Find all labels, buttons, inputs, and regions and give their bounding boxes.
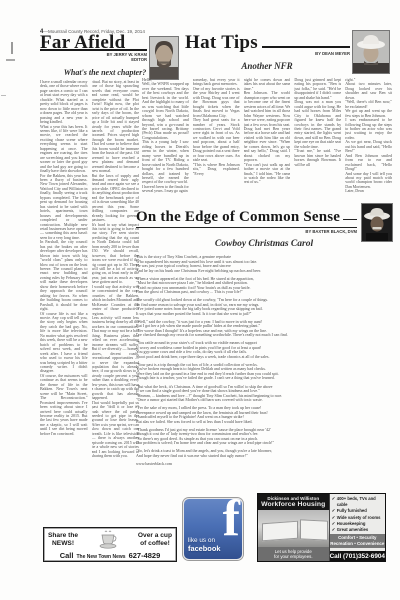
- hat-tips-byline: BY DEAN MEYER: [250, 51, 350, 56]
- workforce-housing-ad: Dickinson and Williston Workforce Housin…: [257, 493, 386, 562]
- article-column: right." About two minutes later, Doug lo…: [345, 78, 392, 207]
- newspaper-page: 4—Mountrail County Record, Friday, Dec. …: [0, 0, 400, 600]
- poem-stanza: The scruffy old ghost looked down at the…: [136, 298, 392, 316]
- ad-text: Over a cup: [138, 532, 172, 540]
- ad-name-text: Workforce Housing: [259, 501, 328, 508]
- share-the-news-text: Share the NEWS!: [48, 532, 78, 547]
- coffee-cup-icon: [97, 530, 119, 550]
- far-afield-byline: BY JERRY W. KRAM EDITOR: [55, 53, 147, 63]
- poem-stanza: "But what the heck, it's Christmas. A ti…: [136, 385, 392, 403]
- poem-stanza: "Your past is a trip through the cat box…: [136, 363, 392, 381]
- housing-phone: Call (701)352-6904: [330, 551, 385, 562]
- check-icon: ✓: [332, 496, 336, 508]
- housing-caption: Let us help provide for your employees.: [258, 547, 329, 561]
- cowboy-christmas-carol-poem: This is the story of Tiny Slim Crachett,…: [136, 255, 392, 483]
- coffee-ad-top: Share the NEWS! Over a cup of coffee!: [44, 528, 176, 550]
- baxter-black-photo: [361, 203, 393, 242]
- hat-tips-headline: Hat Tips: [185, 33, 258, 52]
- banner-rule: [343, 219, 357, 221]
- housing-ad-right: ✓400+ beds, TVs and cable ✓Fully furnish…: [329, 494, 385, 561]
- housing-ad-title: Dickinson and Williston Workforce Housin…: [258, 494, 329, 510]
- far-afield-article: I have a small calendar on my desk, one …: [40, 80, 139, 523]
- common-sense-byline: BY BAXTER BLACK, DVM: [236, 229, 357, 234]
- poem-stanza: "Fer the sake of my mom, I rallied the p…: [136, 406, 392, 424]
- feature-item: ✓400+ beds, TVs and cable: [332, 496, 383, 508]
- baxter-black-website: www.baxterblack.com: [136, 462, 392, 467]
- poem-stanza: "Well," said the cowboy, "it was just fo…: [136, 320, 392, 338]
- article-column: Doug just grinned and kept eating his po…: [294, 78, 341, 207]
- housing-ad-left: Dickinson and Williston Workforce Housin…: [258, 494, 329, 561]
- byline-role: EDITOR: [55, 58, 147, 63]
- facebook-ad: f like us on facebook: [183, 498, 243, 560]
- common-sense-title: On the Edge of Common Sense: [136, 209, 340, 226]
- building-shape: [300, 519, 328, 540]
- coffee-ad-bottom: Call The New Town News 627-4829: [44, 550, 176, 560]
- phone-number: 627-4829: [129, 551, 161, 560]
- poem-stanza: This is the story of Tiny Slim Crachett,…: [136, 255, 392, 273]
- article-column: Hello, Well, the WNFR wrapped up over th…: [142, 78, 189, 207]
- housing-features-list: ✓400+ beds, TVs and cable ✓Fully furnish…: [330, 494, 385, 534]
- article-column: ritual. But no story, at least in one of…: [92, 80, 140, 523]
- print-mark: [6, 59, 15, 61]
- article-column: someday, but every year it brings back g…: [193, 78, 240, 207]
- ad-text: Share the: [48, 532, 78, 540]
- ad-text: Call: [60, 551, 74, 560]
- over-a-cup-text: Over a cup of coffee!: [138, 532, 172, 547]
- facebook-f-icon: f: [223, 498, 240, 545]
- new-town-news-ad: Share the NEWS! Over a cup of coffee! Ca…: [43, 527, 177, 562]
- print-mark: [1, 95, 6, 96]
- common-sense-banner: On the Edge of Common Sense: [136, 209, 357, 228]
- poem-stanza: "So, let's drink a toast to Mom and the …: [136, 449, 392, 458]
- poem-stanza: "Thank goodness I'd just got my real est…: [136, 428, 392, 446]
- article-column: night he comes down and takes his seat a…: [244, 78, 291, 207]
- common-sense-subhead: Cowboy Christmas Carol: [136, 239, 392, 249]
- poem-stanza: When a vision appeared at the foot of hi…: [136, 277, 392, 295]
- print-mark: [11, 42, 13, 54]
- feature-text: 400+ beds, TVs and cable: [337, 496, 383, 508]
- newspaper-name: The New Town News: [76, 554, 125, 560]
- ad-text: of coffee!: [138, 540, 172, 548]
- facebook-caption: like us on facebook: [188, 537, 220, 554]
- building-shape: [262, 521, 298, 542]
- facebook-wordmark: facebook: [188, 545, 220, 554]
- housing-photo: [258, 510, 329, 547]
- hat-tips-article: Hello, Well, the WNFR wrapped up over th…: [142, 78, 392, 207]
- article-column: I have a small calendar on my desk, one …: [40, 80, 88, 523]
- headline-rule: [262, 46, 350, 48]
- portrait-dark-cowboy: [362, 204, 392, 241]
- hat-tips-subhead: Another NFR: [142, 61, 392, 71]
- ad-text: NEWS!: [48, 540, 78, 548]
- poem-stanza: "You rattle around in your sister's ol' …: [136, 341, 392, 359]
- housing-tagline: Comfort • Security Recreation • Convenie…: [330, 534, 385, 548]
